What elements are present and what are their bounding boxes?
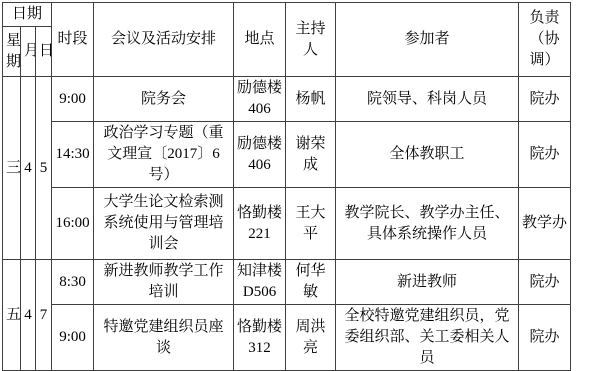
host-cell: 王大平	[286, 188, 336, 260]
month-cell: 4	[21, 260, 36, 371]
place-cell: 励德楼406	[234, 77, 286, 122]
time-cell: 9:00	[52, 305, 94, 371]
date-group-header: 日期	[3, 3, 52, 27]
participants-cell: 院领导、科岗人员	[336, 77, 519, 122]
host-cell: 谢荣成	[286, 122, 336, 188]
meeting-cell: 政治学习专题（重文理宣〔2017〕6号）	[94, 122, 234, 188]
place-cell: 恪勤楼312	[234, 305, 286, 371]
meeting-header: 会议及活动安排	[94, 3, 234, 77]
owner-cell: 院办	[519, 305, 571, 371]
week-header: 星期	[3, 27, 21, 77]
participants-cell: 全体教职工	[336, 122, 519, 188]
owner-header: 负责 （协 调）	[519, 3, 571, 77]
meeting-cell: 新进教师教学工作培训	[94, 260, 234, 305]
time-cell: 8:30	[52, 260, 94, 305]
meeting-cell: 大学生论文检索测系统使用与管理培训会	[94, 188, 234, 260]
time-header: 时段	[52, 3, 94, 77]
day-cell: 7	[36, 260, 52, 371]
month-header: 月	[21, 27, 36, 77]
weekday-cell: 三	[3, 77, 21, 260]
place-cell: 知津楼D506	[234, 260, 286, 305]
header-row-1: 日期 时段 会议及活动安排 地点 主持人 参加者 负责 （协 调）	[3, 3, 571, 27]
place-cell: 励德楼406	[234, 122, 286, 188]
participants-cell: 新进教师	[336, 260, 519, 305]
owner-cell: 院办	[519, 122, 571, 188]
meeting-cell: 院务会	[94, 77, 234, 122]
participants-cell: 教学院长、教学办主任、具体系统操作人员	[336, 188, 519, 260]
host-cell: 何华敏	[286, 260, 336, 305]
table-row: 16:00 大学生论文检索测系统使用与管理培训会 恪勤楼221 王大平 教学院长…	[3, 188, 571, 260]
time-cell: 16:00	[52, 188, 94, 260]
owner-cell: 院办	[519, 77, 571, 122]
table-row: 五 4 7 8:30 新进教师教学工作培训 知津楼D506 何华敏 新进教师 院…	[3, 260, 571, 305]
table-row: 三 4 5 9:00 院务会 励德楼406 杨帆 院领导、科岗人员 院办	[3, 77, 571, 122]
time-cell: 9:00	[52, 77, 94, 122]
owner-cell: 院办	[519, 260, 571, 305]
time-cell: 14:30	[52, 122, 94, 188]
month-cell: 4	[21, 77, 36, 260]
meeting-schedule-table: 日期 时段 会议及活动安排 地点 主持人 参加者 负责 （协 调） 星期 月 日…	[2, 2, 571, 371]
day-cell: 5	[36, 77, 52, 260]
host-header: 主持人	[286, 3, 336, 77]
owner-cell: 教学办	[519, 188, 571, 260]
place-header: 地点	[234, 3, 286, 77]
participants-header: 参加者	[336, 3, 519, 77]
weekday-cell: 五	[3, 260, 21, 371]
table-row: 9:00 特邀党建组织员座谈 恪勤楼312 周洪亮 全校特邀党建组织员，党委组织…	[3, 305, 571, 371]
day-header: 日	[36, 27, 52, 77]
table-row: 14:30 政治学习专题（重文理宣〔2017〕6号） 励德楼406 谢荣成 全体…	[3, 122, 571, 188]
host-cell: 杨帆	[286, 77, 336, 122]
host-cell: 周洪亮	[286, 305, 336, 371]
place-cell: 恪勤楼221	[234, 188, 286, 260]
meeting-cell: 特邀党建组织员座谈	[94, 305, 234, 371]
participants-cell: 全校特邀党建组织员，党委组织部、关工委相关人员	[336, 305, 519, 371]
